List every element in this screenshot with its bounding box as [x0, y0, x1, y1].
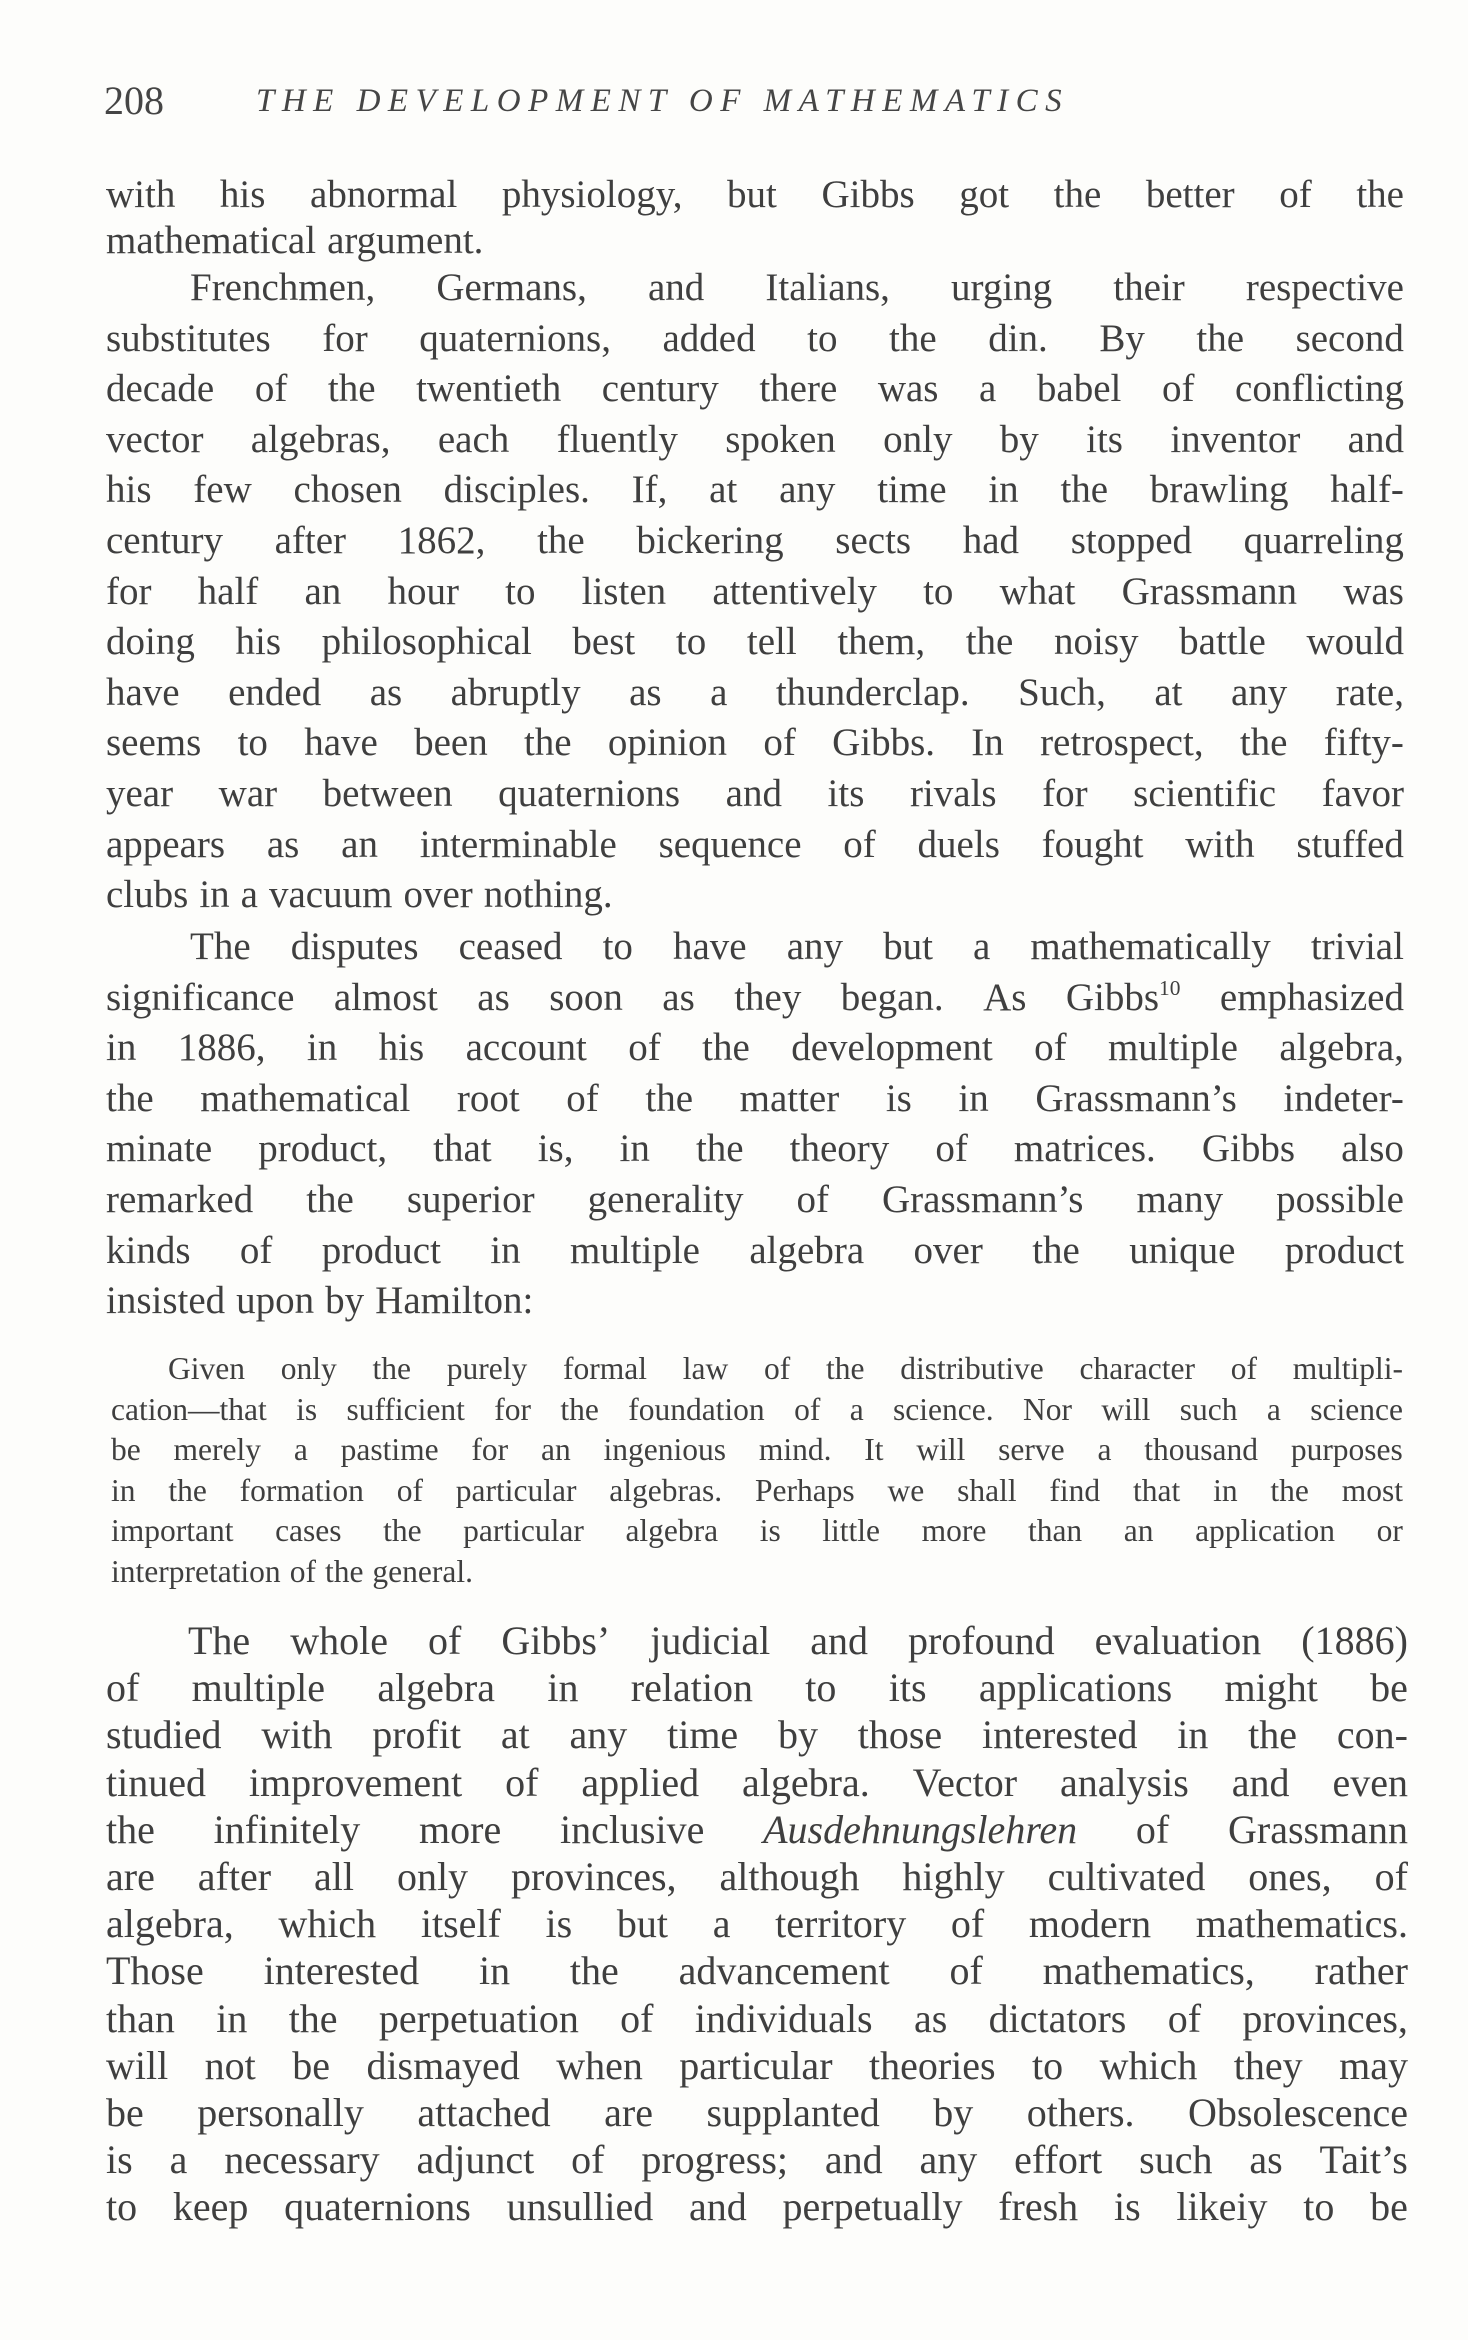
- text-line: seemstohavebeentheopinionofGibbs.Inretro…: [106, 720, 1404, 766]
- text-line: tinuedimprovementofappliedalgebra.Vector…: [106, 1759, 1408, 1807]
- text-line: studiedwithprofitatanytimebythoseinteres…: [106, 1711, 1408, 1759]
- text-line: insisteduponbyHamilton:: [106, 1278, 1404, 1324]
- text-line: yearwarbetweenquaternionsanditsrivalsfor…: [106, 771, 1404, 817]
- text-line: appearsasaninterminablesequenceofduelsfo…: [106, 822, 1404, 868]
- text-line: vectoralgebras,eachfluentlyspokenonlybyi…: [106, 417, 1404, 463]
- book-page: 208 THE DEVELOPMENT OF MATHEMATICS withh…: [0, 0, 1468, 2340]
- text-line: significancealmostassoonastheybegan.AsGi…: [106, 975, 1404, 1021]
- text-line: remarkedthesuperiorgeneralityofGrassmann…: [106, 1177, 1404, 1223]
- running-title: THE DEVELOPMENT OF MATHEMATICS: [256, 76, 1069, 126]
- text-line: withhisabnormalphysiology,butGibbsgotthe…: [106, 172, 1404, 218]
- text-line: Thoseinterestedintheadvancementofmathema…: [106, 1947, 1408, 1995]
- text-line: kindsofproductinmultiplealgebraovertheun…: [106, 1228, 1404, 1274]
- page-number: 208: [104, 76, 164, 126]
- quote-line: bemerelyapastimeforaningeniousmind.Itwil…: [111, 1431, 1403, 1469]
- text-line: centuryafter1862,thebickeringsectshadsto…: [106, 518, 1404, 564]
- text-line: algebra,whichitselfisbutaterritoryofmode…: [106, 1900, 1408, 1948]
- quote-line: intheformationofparticularalgebras.Perha…: [111, 1472, 1403, 1510]
- text-line: haveendedasabruptlyasathunderclap.Such,a…: [106, 670, 1404, 716]
- quote-line: cation—thatissufficientforthefoundationo…: [111, 1391, 1403, 1429]
- text-line: clubsinavacuumovernothing.: [106, 872, 1404, 918]
- text-line: mathematicalargument.: [106, 218, 1404, 264]
- text-line: thanintheperpetuationofindividualsasdict…: [106, 1995, 1408, 2043]
- text-line: ofmultiplealgebrainrelationtoitsapplicat…: [106, 1664, 1408, 1712]
- quote-line: interpretationofthegeneral.: [111, 1553, 1403, 1591]
- text-line: hisfewchosendisciples.If,atanytimeintheb…: [106, 467, 1404, 513]
- text-line: decadeofthetwentiethcenturytherewasababe…: [106, 366, 1404, 412]
- text-line: minateproduct,thatis,inthetheoryofmatric…: [106, 1126, 1404, 1172]
- text-line: tokeepquaternionsunsulliedandperpetually…: [106, 2183, 1408, 2231]
- quote-line: Givenonlythepurelyformallawofthedistribu…: [168, 1350, 1403, 1388]
- text-line: doinghisphilosophicalbesttotellthem,then…: [106, 619, 1404, 665]
- text-line: theinfinitelymoreinclusiveAusdehnungsleh…: [106, 1806, 1408, 1854]
- text-line: bepersonallyattachedaresupplantedbyother…: [106, 2089, 1408, 2137]
- text-line: forhalfanhourtolistenattentivelytowhatGr…: [106, 569, 1404, 615]
- text-line: isanecessaryadjunctofprogress;andanyeffo…: [106, 2136, 1408, 2184]
- text-line: Frenchmen,Germans,andItalians,urgingthei…: [190, 265, 1404, 311]
- text-line: in1886,inhisaccountofthedevelopmentofmul…: [106, 1025, 1404, 1071]
- text-line: Thedisputesceasedtohaveanybutamathematic…: [190, 924, 1404, 970]
- text-line: ThewholeofGibbs’judicialandprofoundevalu…: [188, 1617, 1408, 1665]
- text-line: willnotbedismayedwhenparticulartheoriest…: [106, 2042, 1408, 2090]
- running-header: 208 THE DEVELOPMENT OF MATHEMATICS: [104, 76, 1404, 126]
- text-line: substitutesforquaternions,addedtothedin.…: [106, 316, 1404, 362]
- footnote-ref: 10: [1159, 976, 1180, 1000]
- text-line: themathematicalrootofthematterisinGrassm…: [106, 1076, 1404, 1122]
- text-line: areafterallonlyprovinces,althoughhighlyc…: [106, 1853, 1408, 1901]
- quote-line: importantcasestheparticularalgebraislitt…: [111, 1512, 1403, 1550]
